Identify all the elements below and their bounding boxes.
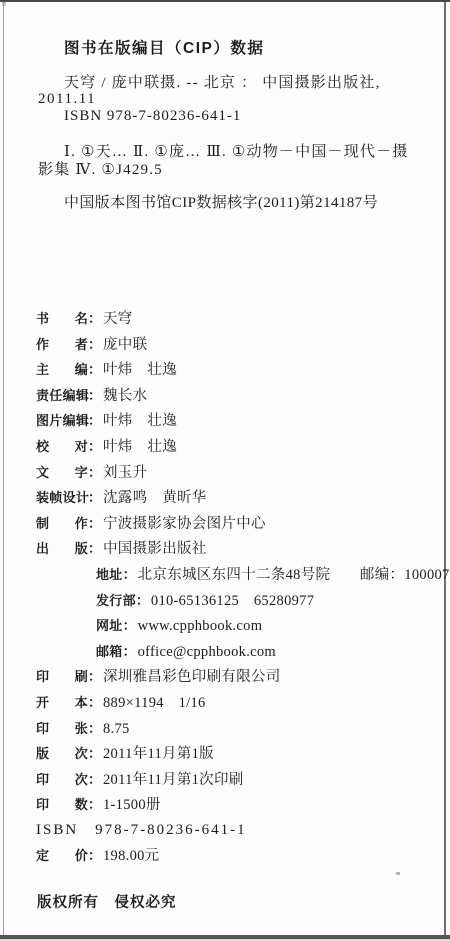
info-row-colon: ： [88, 792, 103, 818]
info-row-colon: ： [88, 485, 103, 511]
info-row-label: 图片编辑 [36, 408, 88, 434]
info-row-label: 地址 [96, 562, 123, 588]
info-row-text: 文字：刘玉升 [36, 460, 438, 486]
info-row-printing-company: 印刷：深圳雅昌彩色印刷有限公司 [36, 664, 438, 690]
info-row-label: 印次 [36, 767, 88, 793]
copyright-page: 图书在版编目（CIP）数据 天穹 / 庞中联摄. -- 北京 ： 中国摄影出版社… [0, 0, 450, 941]
info-row-label: 书名 [36, 306, 88, 332]
info-row-value: 中国摄影出版社 [103, 541, 207, 557]
info-row-label: 印数 [36, 792, 88, 818]
info-row-photo-editor: 图片编辑：叶炜 壮逸 [36, 408, 438, 434]
info-row-value: 宁波摄影家协会图片中心 [103, 516, 266, 532]
info-row-value: 叶炜 壮逸 [103, 362, 177, 378]
info-row-value: 深圳雅昌彩色印刷有限公司 [103, 669, 281, 685]
copyright-notice: 版权所有 侵权必究 [37, 891, 177, 912]
info-row-website: 网址：www.cpphbook.com [36, 613, 438, 639]
info-row-value: 2011年11月第1版 [103, 746, 214, 762]
info-row-label: 作者 [36, 332, 88, 358]
info-row-responsible-editor: 责任编辑：魏长水 [36, 383, 438, 409]
info-row-value: 北京东城区东四十二条48号院 邮编：100007 [138, 567, 450, 583]
info-row-colon: ： [88, 460, 103, 486]
info-row-colon: ： [88, 408, 103, 434]
info-row-colon: ： [88, 741, 103, 767]
cip-record-number: 中国版本图书馆CIP数据核字(2011)第214187号 [64, 191, 378, 212]
info-row-colon: ： [88, 332, 103, 358]
info-row-chief-editor: 主编：叶炜 壮逸 [36, 357, 438, 383]
info-row-sheets: 印张：8.75 [36, 716, 438, 742]
scan-frame-right [444, 2, 446, 935]
info-row-label: 责任编辑 [36, 383, 88, 409]
info-row-impression: 印次：2011年11月第1次印刷 [36, 767, 438, 793]
info-row-label: 主编 [36, 357, 88, 383]
info-row-value: 沈露鸣 黄昕华 [103, 490, 207, 506]
cip-title: 图书在版编目（CIP）数据 [64, 36, 264, 58]
info-row-label: 开本 [36, 690, 88, 716]
info-row-publisher: 出版：中国摄影出版社 [36, 536, 438, 562]
info-row-email: 邮箱：office@cpphbook.com [36, 639, 438, 665]
cip-entry-line2: 2011.11 [38, 91, 96, 108]
info-row-colon: ： [88, 511, 103, 537]
info-row-proofreader: 校对：叶炜 壮逸 [36, 434, 438, 460]
info-row-label: 印张 [36, 716, 88, 742]
scan-speck [396, 872, 400, 875]
info-row-colon: ： [88, 434, 103, 460]
cip-classification-line2: 影集 Ⅳ. ①J429.5 [38, 158, 163, 179]
info-row-value: 8.75 [103, 721, 130, 737]
info-row-label: 文字 [36, 460, 88, 486]
info-row-colon: ： [88, 843, 103, 869]
info-row-colon: ： [88, 767, 103, 793]
info-row-label: 版次 [36, 741, 88, 767]
info-row-value: 庞中联 [103, 337, 147, 353]
info-row-colon: ： [88, 306, 103, 332]
info-row-label: 装帧设计 [36, 485, 88, 511]
info-row-label: 校对 [36, 434, 88, 460]
info-row-value: 198.00元 [103, 848, 159, 864]
info-row-value: 刘玉升 [103, 465, 147, 481]
info-row-label: 发行部 [96, 588, 136, 614]
info-row-colon: ： [88, 664, 103, 690]
info-row-value: www.cpphbook.com [138, 618, 263, 634]
info-row-distribution-dept: 发行部：010-65136125 65280977 [36, 588, 438, 614]
info-row-label: 网址 [96, 613, 123, 639]
info-row-colon: ： [88, 383, 103, 409]
info-row-colon: ： [88, 536, 103, 562]
info-row-edition: 版次：2011年11月第1版 [36, 741, 438, 767]
info-row-value: 010-65136125 65280977 [151, 593, 314, 609]
info-row-value: 天穹 [103, 311, 133, 327]
info-row-price: 定价：198.00元 [36, 843, 438, 869]
scan-speck [2, 2, 6, 6]
info-row-value: 魏长水 [103, 388, 147, 404]
info-row-production: 制作：宁波摄影家协会图片中心 [36, 511, 438, 537]
info-row-value: 889×1194 1/16 [103, 695, 206, 711]
info-row-title: 书名：天穹 [36, 306, 438, 332]
info-row-value: 1-1500册 [103, 797, 161, 813]
info-row-value: 叶炜 壮逸 [103, 413, 177, 429]
cip-isbn: ISBN 978-7-80236-641-1 [64, 108, 241, 125]
info-row-label: 印刷 [36, 664, 88, 690]
info-row-address: 地址：北京东城区东四十二条48号院 邮编：100007 [36, 562, 438, 588]
info-row-author: 作者：庞中联 [36, 332, 438, 358]
info-row-format: 开本：889×1194 1/16 [36, 690, 438, 716]
info-row-colon: ： [136, 588, 151, 614]
info-row-colon: ： [123, 562, 138, 588]
cip-entry-line1: 天穹 / 庞中联摄. -- 北京 ： 中国摄影出版社, [64, 71, 381, 92]
info-row-colon: ： [123, 613, 138, 639]
scan-frame-left [3, 2, 4, 935]
info-row-colon: ： [88, 357, 103, 383]
info-row-label: 制作 [36, 511, 88, 537]
info-row-label: 邮箱 [96, 639, 123, 665]
info-row-label: 定价 [36, 843, 88, 869]
info-row-value: 2011年11月第1次印刷 [103, 772, 244, 788]
info-row-isbn: ISBN 978-7-80236-641-1 [36, 818, 438, 844]
info-row-colon: ： [88, 716, 103, 742]
info-row-label: 出版 [36, 536, 88, 562]
book-info-list: 书名：天穹 作者：庞中联 主编：叶炜 壮逸 责任编辑：魏长水 图片编辑：叶炜 壮… [36, 306, 438, 869]
info-row-colon: ： [88, 690, 103, 716]
info-row-print-run: 印数：1-1500册 [36, 792, 438, 818]
scan-frame-top [0, 0, 450, 2]
info-row-value: office@cpphbook.com [138, 644, 276, 660]
info-row-value: 叶炜 壮逸 [103, 439, 177, 455]
info-row-colon: ： [123, 639, 138, 665]
info-row-design: 装帧设计：沈露鸣 黄昕华 [36, 485, 438, 511]
